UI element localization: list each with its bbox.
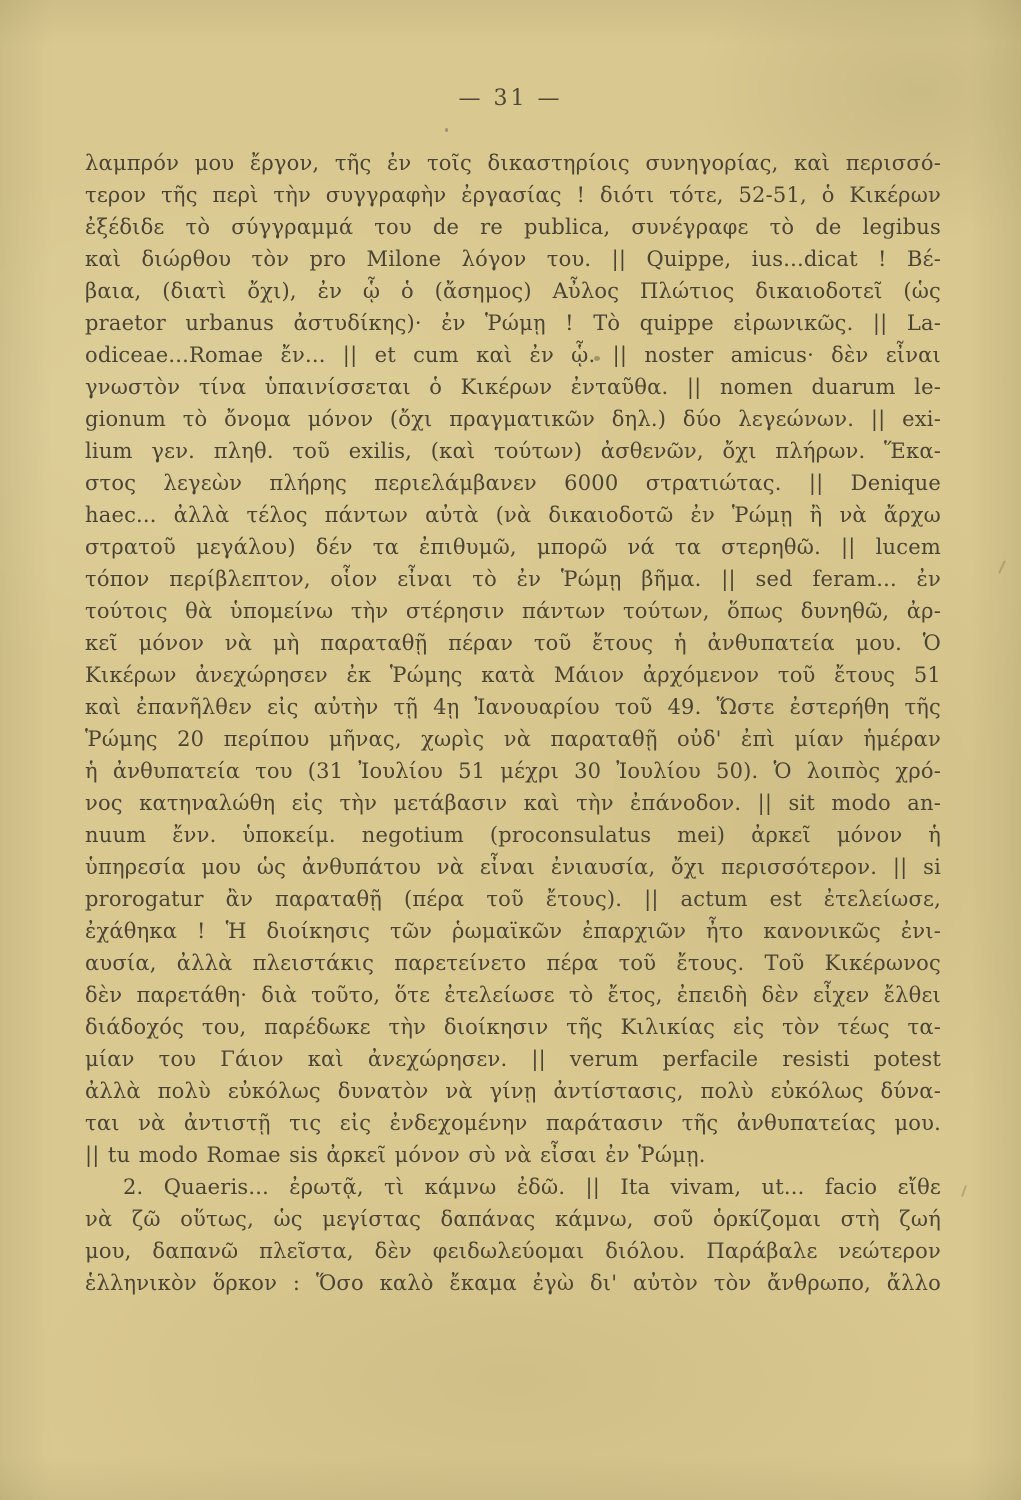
text-line: || tu modo Romae sis ἀρκεῖ μόνον σὺ νὰ ε… (85, 1139, 941, 1171)
text-line: δὲν παρετάθη· διὰ τοῦτο, ὅτε ἐτελείωσε τ… (85, 979, 941, 1011)
text-line: ἀλλὰ πολὺ εὐκόλως δυνατὸν νὰ γίνῃ ἀντίστ… (85, 1075, 941, 1107)
text-line: ἐξέδιδε τὸ σύγγραμμά του de re publica, … (85, 211, 941, 243)
text-line: ἑλληνικὸν ὅρκον : Ὅσο καλὸ ἔκαμα ἐγὼ δι'… (85, 1267, 941, 1299)
text-line: ἡ ἀνθυπατεία του (31 Ἰουλίου 51 μέχρι 30… (85, 755, 941, 787)
text-line: νος κατηναλώθη εἰς τὴν μετάβασιν καὶ τὴν… (85, 787, 941, 819)
text-line: διάδοχός του, παρέδωκε τὴν διοίκησιν τῆς… (85, 1011, 941, 1043)
text-line: μίαν του Γάιον καὶ ἀνεχώρησεν. || verum … (85, 1043, 941, 1075)
text-line: ἐχάθηκα ! Ἡ διοίκησις τῶν ῥωμαϊκῶν ἐπαρχ… (85, 915, 941, 947)
ink-speck (445, 128, 448, 132)
text-line: ται νὰ ἀντιστῇ τις εἰς ἐνδεχομένην παράτ… (85, 1107, 941, 1139)
text-line: 2. Quaeris... ἐρωτᾷ, τὶ κάμνω ἐδῶ. || It… (85, 1171, 941, 1203)
text-line: τόπον περίβλεπτον, οἷον εἶναι τὸ ἐν Ῥώμῃ… (85, 563, 941, 595)
text-line: lium γεν. πληθ. τοῦ exilis, (καὶ τούτων)… (85, 435, 941, 467)
text-line: βαια, (διατὶ ὄχι), ἐν ᾧ ὁ (ἄσημος) Αὖλος… (85, 275, 941, 307)
text-line: τούτοις θὰ ὑπομείνω τὴν στέρησιν πάντων … (85, 595, 941, 627)
text-line: καὶ διώρθου τὸν pro Milone λόγον του. ||… (85, 243, 941, 275)
body-text: λαμπρόν μου ἔργον, τῆς ἐν τοῖς δικαστηρί… (85, 147, 941, 1299)
ink-speck (594, 356, 600, 361)
text-line: αυσία, ἀλλὰ πλειστάκις παρετείνετο πέρα … (85, 947, 941, 979)
text-line: ὑπηρεσία μου ὡς ἀνθυπάτου νὰ εἶναι ἐνιαυ… (85, 851, 941, 883)
text-line: Κικέρων ἀνεχώρησεν ἐκ Ῥώμης κατὰ Μάιον ἀ… (85, 659, 941, 691)
text-line: στρατοῦ μεγάλου) δέν τα ἐπιθυμῶ, μπορῶ ν… (85, 531, 941, 563)
book-page: — 31 — λαμπρόν μου ἔργον, τῆς ἐν τοῖς δι… (0, 0, 1021, 1500)
pencil-mark (998, 560, 1006, 574)
text-line: νὰ ζῶ οὕτως, ὡς μεγίστας δαπάνας κάμνω, … (85, 1203, 941, 1235)
text-line: στος λεγεὼν πλήρης περιελάμβανεν 6000 στ… (85, 467, 941, 499)
text-line: odiceae...Romae ἔν... || et cum καὶ ἐν ᾧ… (85, 339, 941, 371)
text-line: τερον τῆς περὶ τὴν συγγραφὴν ἐργασίας ! … (85, 179, 941, 211)
text-line: καὶ ἐπανῆλθεν εἰς αὐτὴν τῇ 4ῃ Ἰανουαρίου… (85, 691, 941, 723)
text-line: haec... ἀλλὰ τέλος πάντων αὐτὰ (νὰ δικαι… (85, 499, 941, 531)
text-line: γνωστὸν τίνα ὑπαινίσσεται ὁ Κικέρων ἐντα… (85, 371, 941, 403)
text-line: nuum ἔνν. ὑποκείμ. negotium (proconsulat… (85, 819, 941, 851)
text-line: λαμπρόν μου ἔργον, τῆς ἐν τοῖς δικαστηρί… (85, 147, 941, 179)
text-line: gionum τὸ ὄνομα μόνον (ὄχι πραγματικῶν δ… (85, 403, 941, 435)
text-line: κεῖ μόνον νὰ μὴ παραταθῇ πέραν τοῦ ἔτους… (85, 627, 941, 659)
page-number: — 31 — (0, 86, 1021, 111)
pencil-mark (961, 1185, 967, 1197)
text-line: praetor urbanus ἀστυδίκης)· ἐν Ῥώμῃ ! Τὸ… (85, 307, 941, 339)
text-line: μου, δαπανῶ πλεῖστα, δὲν φειδωλεύομαι δι… (85, 1235, 941, 1267)
text-line: prorogatur ἂν παραταθῇ (πέρα τοῦ ἔτους).… (85, 883, 941, 915)
text-line: Ῥώμης 20 περίπου μῆνας, χωρὶς νὰ παραταθ… (85, 723, 941, 755)
